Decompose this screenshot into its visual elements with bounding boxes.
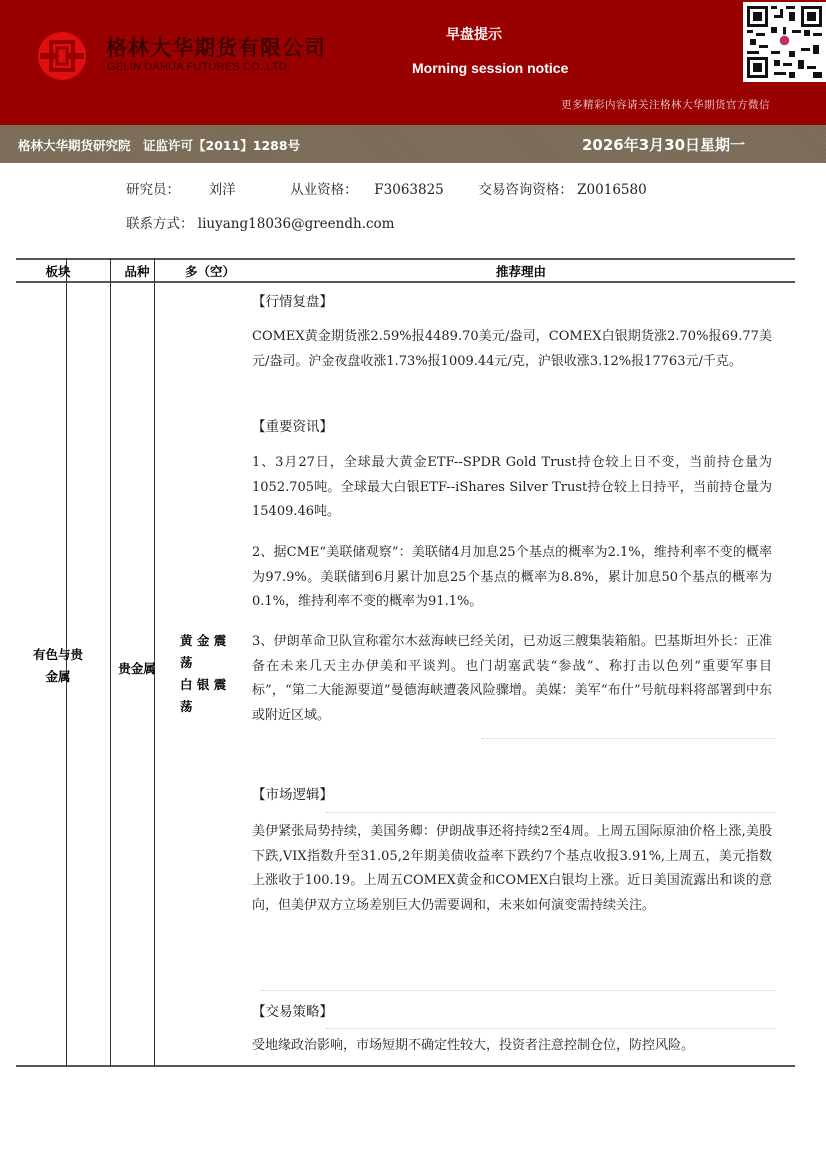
table-bottom-rule [16,1065,795,1067]
section-title-market-logic: 【市场逻辑】 [252,783,333,803]
institute-band: 格林大华期货研究院 证监许可【2011】1288号 2026年3月30日星期一 [0,125,826,163]
consult-qualification-id: Z0016580 [577,182,647,198]
wechat-qr-code-icon [743,2,826,82]
researcher-label: 研究员： [126,178,180,198]
news-item-3: 3、伊朗革命卫队宣称霍尔木兹海峡已经关闭，已劝返三艘集装箱船。巴基斯坦外长：正准… [252,630,772,728]
qualification-id: F3063825 [374,182,444,198]
company-name-cn: 格林大华期货有限公司 [106,32,326,62]
direction-cell: 黄 金 震 荡 白 银 震 荡 [180,630,242,718]
dotted-separator [260,990,776,991]
section-title-trading-strategy: 【交易策略】 [252,1000,333,1020]
dotted-separator [326,812,776,813]
institute-license: 格林大华期货研究院 证监许可【2011】1288号 [18,136,300,154]
variety-cell: 贵金属 [100,658,174,680]
header-variety: 品种 [100,262,174,280]
header-sector: 板块 [16,262,100,280]
news-item-2: 2、据CME“美联储观察”：美联储4月加息25个基点的概率为2.1%，维持利率不… [252,541,772,615]
company-logo-icon [34,30,90,82]
qualification-label: 从业资格： [290,178,358,198]
header-banner: 格林大华期货有限公司 GELIN DAHUA FUTURES CO.,LTD. … [0,0,826,125]
contact-label: 联系方式： [126,212,194,232]
contact-info: 联系方式： liuyang18036@greendh.com [126,212,394,232]
sector-cell: 有色与贵 金属 [16,644,100,688]
sector-line: 金属 [16,666,100,688]
section-title-key-news: 【重要资讯】 [252,415,333,435]
news-item-1: 1、3月27日，全球最大黄金ETF--SPDR Gold Trust持仓较上日不… [252,451,772,525]
dotted-separator [482,738,776,739]
report-title-cn: 早盘提示 [446,24,502,44]
report-date: 2026年3月30日星期一 [582,134,745,155]
contact-email[interactable]: liuyang18036@greendh.com [198,216,395,232]
trading-strategy-paragraph: 受地缘政治影响，市场短期不确定性较大，投资者注意控制仓位，防控风险。 [252,1034,772,1059]
header-rationale: 推荐理由 [246,262,796,280]
section-title-market-review: 【行情复盘】 [252,290,333,310]
direction-line: 荡 [180,652,242,674]
report-title-en: Morning session notice [412,60,568,76]
dotted-separator [326,1028,776,1029]
header-direction: 多（空） [174,262,246,280]
researcher-name: 刘洋 [209,178,236,198]
market-review-paragraph: COMEX黄金期货涨2.59%报4489.70美元/盎司，COMEX白银期货涨2… [252,325,772,374]
sector-line: 有色与贵 [16,644,100,666]
consult-qualification-label: 交易咨询资格： [478,178,573,198]
direction-line: 黄 金 震 [180,630,242,652]
company-name-en: GELIN DAHUA FUTURES CO.,LTD. [107,61,290,73]
table-header-rule [16,281,795,283]
researcher-info: 研究员： 刘洋 从业资格： F3063825 交易咨询资格： Z0016580 [126,178,647,198]
market-logic-paragraph: 美伊紧张局势持续，美国务卿：伊朗战事还将持续2至4周。上周五国际原油价格上涨,美… [252,820,772,918]
table-top-rule [16,258,795,260]
direction-line: 白 银 震 [180,674,242,696]
wechat-follow-note: 更多精彩内容请关注格林大华期货官方微信 [561,97,770,112]
direction-line: 荡 [180,696,242,718]
